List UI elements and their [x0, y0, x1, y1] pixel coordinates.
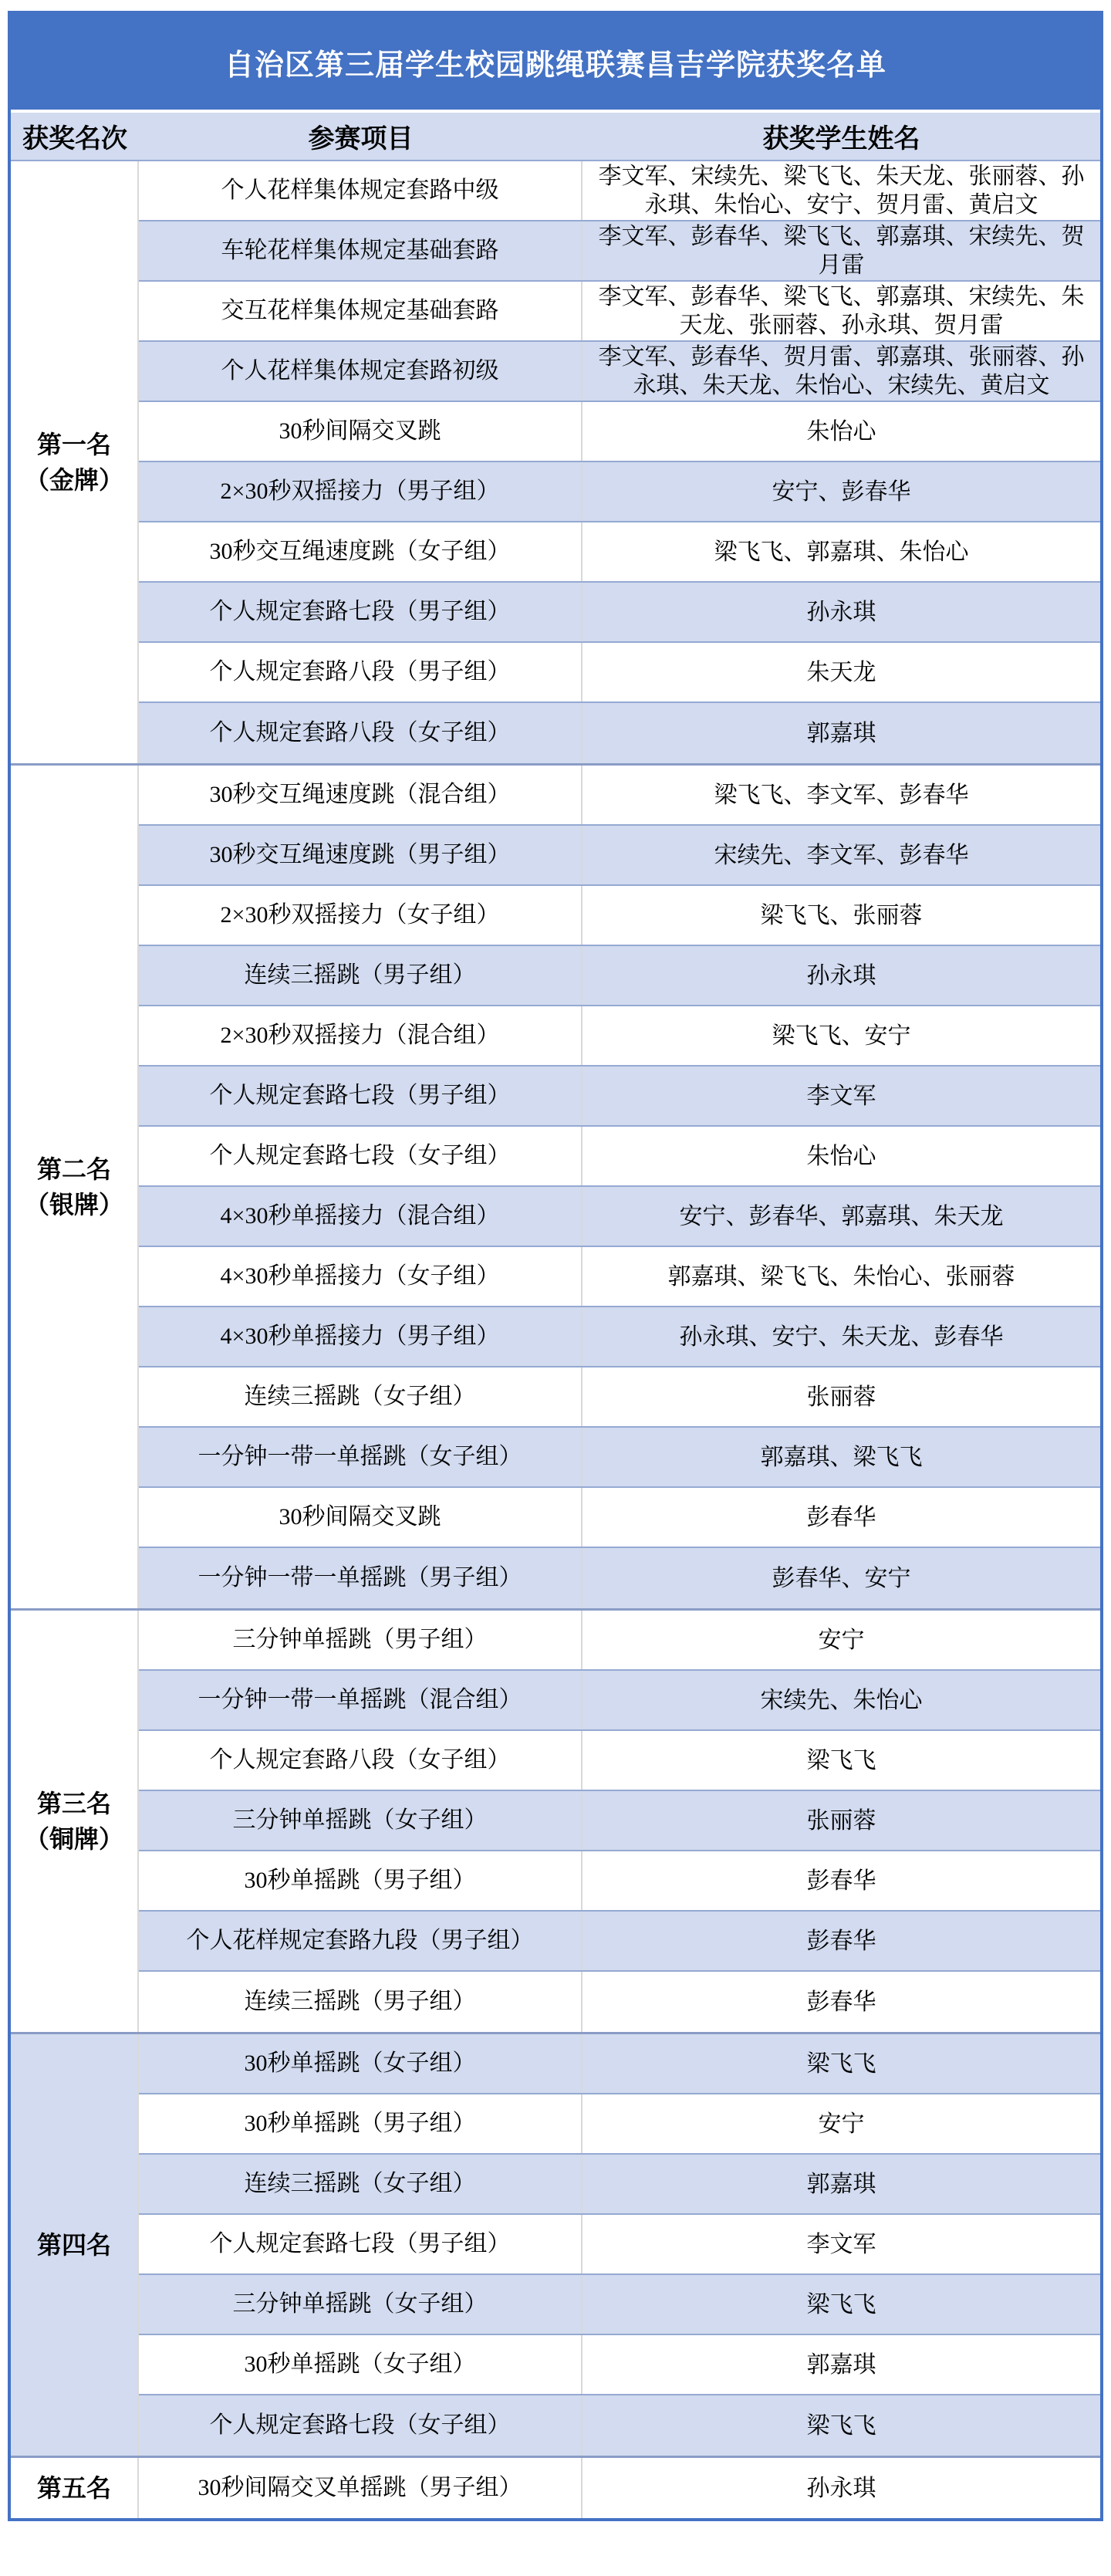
event-cell: 连续三摇跳（女子组）: [139, 1367, 583, 1426]
event-cell: 30秒交互绳速度跳（男子组）: [139, 826, 583, 884]
table-row: 车轮花样集体规定基础套路李文军、彭春华、梁飞飞、郭嘉琪、宋续先、贺月雷: [139, 221, 1100, 282]
names-cell: 梁飞飞: [583, 1731, 1100, 1790]
names-cell: 安宁、彭春华: [583, 462, 1100, 521]
event-cell: 三分钟单摇跳（女子组）: [139, 1791, 583, 1850]
table-row: 4×30秒单摇接力（混合组）安宁、彭春华、郭嘉琪、朱天龙: [139, 1187, 1100, 1247]
names-cell: 朱天龙: [583, 643, 1100, 701]
group-rows: 个人花样集体规定套路中级李文军、宋续先、梁飞飞、朱天龙、张丽蓉、孙永琪、朱怡心、…: [139, 161, 1100, 763]
event-cell: 个人花样集体规定套路中级: [139, 161, 583, 220]
table-row: 个人规定套路八段（女子组）梁飞飞: [139, 1731, 1100, 1791]
header-rank-column: 获奖名次: [11, 113, 139, 160]
event-cell: 个人规定套路八段（女子组）: [139, 703, 583, 763]
rank-label: （金牌）: [25, 462, 123, 498]
names-cell: 梁飞飞、李文军、彭春华: [583, 766, 1100, 824]
table-row: 个人规定套路七段（男子组）孙永琪: [139, 583, 1100, 643]
table-row: 个人规定套路八段（女子组）郭嘉琪: [139, 703, 1100, 763]
event-cell: 一分钟一带一单摇跳（男子组）: [139, 1548, 583, 1608]
names-cell: 郭嘉琪、梁飞飞、朱怡心、张丽蓉: [583, 1247, 1100, 1306]
names-cell: 李文军: [583, 2215, 1100, 2273]
rank-group: 第二名（银牌）30秒交互绳速度跳（混合组）梁飞飞、李文军、彭春华30秒交互绳速度…: [11, 766, 1100, 1611]
event-cell: 车轮花样集体规定基础套路: [139, 221, 583, 280]
event-cell: 个人花样集体规定套路初级: [139, 342, 583, 401]
table-row: 连续三摇跳（男子组）彭春华: [139, 1972, 1100, 2032]
table-row: 一分钟一带一单摇跳（女子组）郭嘉琪、梁飞飞: [139, 1428, 1100, 1488]
event-cell: 30秒间隔交叉跳: [139, 1488, 583, 1547]
table-body: 第一名（金牌）个人花样集体规定套路中级李文军、宋续先、梁飞飞、朱天龙、张丽蓉、孙…: [11, 161, 1100, 2518]
table-row: 30秒单摇跳（女子组）梁飞飞: [139, 2034, 1100, 2094]
event-cell: 4×30秒单摇接力（混合组）: [139, 1187, 583, 1246]
event-cell: 连续三摇跳（男子组）: [139, 1972, 583, 2032]
event-cell: 30秒单摇跳（女子组）: [139, 2034, 583, 2093]
event-cell: 三分钟单摇跳（女子组）: [139, 2275, 583, 2334]
table-row: 2×30秒双摇接力（混合组）梁飞飞、安宁: [139, 1006, 1100, 1067]
names-cell: 张丽蓉: [583, 1791, 1100, 1850]
names-cell: 孙永琪: [583, 946, 1100, 1005]
names-cell: 梁飞飞: [583, 2395, 1100, 2456]
rank-cell: 第二名（银牌）: [11, 766, 139, 1608]
group-rows: 30秒单摇跳（女子组）梁飞飞30秒单摇跳（男子组）安宁连续三摇跳（女子组）郭嘉琪…: [139, 2034, 1100, 2456]
table-row: 连续三摇跳（女子组）郭嘉琪: [139, 2155, 1100, 2215]
table-row: 30秒单摇跳（男子组）安宁: [139, 2094, 1100, 2155]
table-row: 2×30秒双摇接力（女子组）梁飞飞、张丽蓉: [139, 886, 1100, 946]
event-cell: 30秒单摇跳（女子组）: [139, 2335, 583, 2394]
event-cell: 连续三摇跳（女子组）: [139, 2155, 583, 2213]
event-cell: 2×30秒双摇接力（女子组）: [139, 886, 583, 945]
table-row: 30秒交互绳速度跳（男子组）宋续先、李文军、彭春华: [139, 826, 1100, 886]
event-cell: 30秒交互绳速度跳（女子组）: [139, 522, 583, 581]
rank-group: 第三名（铜牌）三分钟单摇跳（男子组）安宁一分钟一带一单摇跳（混合组）宋续先、朱怡…: [11, 1611, 1100, 2034]
table-header: 获奖名次 参赛项目 获奖学生姓名: [11, 113, 1100, 161]
table-row: 个人花样集体规定套路初级李文军、彭春华、贺月雷、郭嘉琪、张丽蓉、孙永琪、朱天龙、…: [139, 342, 1100, 402]
table-row: 30秒单摇跳（男子组）彭春华: [139, 1851, 1100, 1912]
event-cell: 2×30秒双摇接力（男子组）: [139, 462, 583, 521]
table-row: 4×30秒单摇接力（男子组）孙永琪、安宁、朱天龙、彭春华: [139, 1307, 1100, 1367]
group-rows: 30秒交互绳速度跳（混合组）梁飞飞、李文军、彭春华30秒交互绳速度跳（男子组）宋…: [139, 766, 1100, 1608]
rank-group: 第一名（金牌）个人花样集体规定套路中级李文军、宋续先、梁飞飞、朱天龙、张丽蓉、孙…: [11, 161, 1100, 766]
names-cell: 郭嘉琪: [583, 2335, 1100, 2394]
table-row: 一分钟一带一单摇跳（混合组）宋续先、朱怡心: [139, 1671, 1100, 1731]
table-row: 三分钟单摇跳（男子组）安宁: [139, 1611, 1100, 1671]
table-row: 个人规定套路七段（女子组）朱怡心: [139, 1127, 1100, 1187]
table-row: 个人规定套路七段（男子组）李文军: [139, 1067, 1100, 1127]
event-cell: 个人规定套路八段（男子组）: [139, 643, 583, 701]
table-row: 个人花样集体规定套路中级李文军、宋续先、梁飞飞、朱天龙、张丽蓉、孙永琪、朱怡心、…: [139, 161, 1100, 221]
table-row: 个人规定套路七段（女子组）梁飞飞: [139, 2395, 1100, 2456]
header-names-column: 获奖学生姓名: [583, 113, 1100, 160]
table-row: 个人花样规定套路九段（男子组）彭春华: [139, 1912, 1100, 1972]
event-cell: 个人花样规定套路九段（男子组）: [139, 1912, 583, 1970]
names-cell: 彭春华: [583, 1851, 1100, 1910]
rank-cell: 第五名: [11, 2458, 139, 2518]
event-cell: 30秒间隔交叉跳: [139, 402, 583, 461]
table-row: 交互花样集体规定基础套路李文军、彭春华、梁飞飞、郭嘉琪、宋续先、朱天龙、张丽蓉、…: [139, 282, 1100, 342]
names-cell: 孙永琪、安宁、朱天龙、彭春华: [583, 1307, 1100, 1366]
names-cell: 郭嘉琪: [583, 703, 1100, 763]
event-cell: 2×30秒双摇接力（混合组）: [139, 1006, 583, 1065]
rank-group: 第五名30秒间隔交叉单摇跳（男子组）孙永琪: [11, 2458, 1100, 2518]
event-cell: 30秒单摇跳（男子组）: [139, 1851, 583, 1910]
rank-cell: 第四名: [11, 2034, 139, 2456]
table-row: 连续三摇跳（女子组）张丽蓉: [139, 1367, 1100, 1428]
rank-cell: 第三名（铜牌）: [11, 1611, 139, 2032]
event-cell: 一分钟一带一单摇跳（混合组）: [139, 1671, 583, 1729]
table-row: 4×30秒单摇接力（女子组）郭嘉琪、梁飞飞、朱怡心、张丽蓉: [139, 1247, 1100, 1307]
event-cell: 个人规定套路七段（男子组）: [139, 583, 583, 641]
table-row: 30秒间隔交叉跳朱怡心: [139, 402, 1100, 462]
names-cell: 梁飞飞、郭嘉琪、朱怡心: [583, 522, 1100, 581]
event-cell: 三分钟单摇跳（男子组）: [139, 1611, 583, 1669]
table-row: 连续三摇跳（男子组）孙永琪: [139, 946, 1100, 1006]
names-cell: 彭春华、安宁: [583, 1548, 1100, 1608]
table-row: 30秒间隔交叉单摇跳（男子组）孙永琪: [139, 2458, 1100, 2518]
names-cell: 宋续先、李文军、彭春华: [583, 826, 1100, 884]
event-cell: 30秒间隔交叉单摇跳（男子组）: [139, 2458, 583, 2518]
names-cell: 张丽蓉: [583, 1367, 1100, 1426]
event-cell: 个人规定套路八段（女子组）: [139, 1731, 583, 1790]
names-cell: 彭春华: [583, 1972, 1100, 2032]
names-cell: 李文军、彭春华、贺月雷、郭嘉琪、张丽蓉、孙永琪、朱天龙、朱怡心、宋续先、黄启文: [583, 342, 1100, 401]
names-cell: 郭嘉琪: [583, 2155, 1100, 2213]
table-row: 个人规定套路七段（男子组）李文军: [139, 2215, 1100, 2275]
names-cell: 梁飞飞、张丽蓉: [583, 886, 1100, 945]
names-cell: 孙永琪: [583, 2458, 1100, 2518]
table-row: 30秒交互绳速度跳（混合组）梁飞飞、李文军、彭春华: [139, 766, 1100, 826]
table-row: 2×30秒双摇接力（男子组）安宁、彭春华: [139, 462, 1100, 522]
names-cell: 李文军、彭春华、梁飞飞、郭嘉琪、宋续先、贺月雷: [583, 221, 1100, 280]
event-cell: 30秒单摇跳（男子组）: [139, 2094, 583, 2153]
table-row: 30秒交互绳速度跳（女子组）梁飞飞、郭嘉琪、朱怡心: [139, 522, 1100, 583]
names-cell: 彭春华: [583, 1488, 1100, 1547]
names-cell: 梁飞飞: [583, 2275, 1100, 2334]
names-cell: 李文军、彭春华、梁飞飞、郭嘉琪、宋续先、朱天龙、张丽蓉、孙永琪、贺月雷: [583, 282, 1100, 340]
rank-label: （铜牌）: [25, 1821, 123, 1857]
names-cell: 安宁: [583, 2094, 1100, 2153]
table-row: 30秒间隔交叉跳彭春华: [139, 1488, 1100, 1548]
names-cell: 孙永琪: [583, 583, 1100, 641]
table-row: 30秒单摇跳（女子组）郭嘉琪: [139, 2335, 1100, 2395]
table-row: 个人规定套路八段（男子组）朱天龙: [139, 643, 1100, 703]
group-rows: 三分钟单摇跳（男子组）安宁一分钟一带一单摇跳（混合组）宋续先、朱怡心个人规定套路…: [139, 1611, 1100, 2032]
names-cell: 安宁、彭春华、郭嘉琪、朱天龙: [583, 1187, 1100, 1246]
names-cell: 安宁: [583, 1611, 1100, 1669]
names-cell: 朱怡心: [583, 402, 1100, 461]
names-cell: 郭嘉琪、梁飞飞: [583, 1428, 1100, 1486]
event-cell: 4×30秒单摇接力（女子组）: [139, 1247, 583, 1306]
names-cell: 彭春华: [583, 1912, 1100, 1970]
table-row: 三分钟单摇跳（女子组）张丽蓉: [139, 1791, 1100, 1851]
event-cell: 一分钟一带一单摇跳（女子组）: [139, 1428, 583, 1486]
table-title: 自治区第三届学生校园跳绳联赛昌吉学院获奖名单: [11, 14, 1100, 110]
rank-label: 第三名: [37, 1786, 111, 1821]
group-rows: 30秒间隔交叉单摇跳（男子组）孙永琪: [139, 2458, 1100, 2518]
event-cell: 个人规定套路七段（男子组）: [139, 1067, 583, 1125]
event-cell: 个人规定套路七段（女子组）: [139, 2395, 583, 2456]
event-cell: 交互花样集体规定基础套路: [139, 282, 583, 340]
names-cell: 梁飞飞: [583, 2034, 1100, 2093]
rank-label: 第二名: [37, 1151, 111, 1187]
event-cell: 个人规定套路七段（男子组）: [139, 2215, 583, 2273]
event-cell: 4×30秒单摇接力（男子组）: [139, 1307, 583, 1366]
names-cell: 李文军: [583, 1067, 1100, 1125]
event-cell: 连续三摇跳（男子组）: [139, 946, 583, 1005]
table-row: 三分钟单摇跳（女子组）梁飞飞: [139, 2275, 1100, 2335]
names-cell: 李文军、宋续先、梁飞飞、朱天龙、张丽蓉、孙永琪、朱怡心、安宁、贺月雷、黄启文: [583, 161, 1100, 220]
rank-label: 第五名: [37, 2470, 111, 2506]
header-event-column: 参赛项目: [139, 113, 583, 160]
page: 自治区第三届学生校园跳绳联赛昌吉学院获奖名单 获奖名次 参赛项目 获奖学生姓名 …: [0, 0, 1111, 2576]
rank-cell: 第一名（金牌）: [11, 161, 139, 763]
names-cell: 宋续先、朱怡心: [583, 1671, 1100, 1729]
names-cell: 朱怡心: [583, 1127, 1100, 1185]
award-table: 自治区第三届学生校园跳绳联赛昌吉学院获奖名单 获奖名次 参赛项目 获奖学生姓名 …: [8, 11, 1103, 2521]
names-cell: 梁飞飞、安宁: [583, 1006, 1100, 1065]
rank-label: 第四名: [37, 2227, 111, 2263]
table-row: 一分钟一带一单摇跳（男子组）彭春华、安宁: [139, 1548, 1100, 1608]
rank-label: 第一名: [37, 427, 111, 462]
rank-group: 第四名30秒单摇跳（女子组）梁飞飞30秒单摇跳（男子组）安宁连续三摇跳（女子组）…: [11, 2034, 1100, 2458]
event-cell: 30秒交互绳速度跳（混合组）: [139, 766, 583, 824]
event-cell: 个人规定套路七段（女子组）: [139, 1127, 583, 1185]
rank-label: （银牌）: [25, 1187, 123, 1222]
